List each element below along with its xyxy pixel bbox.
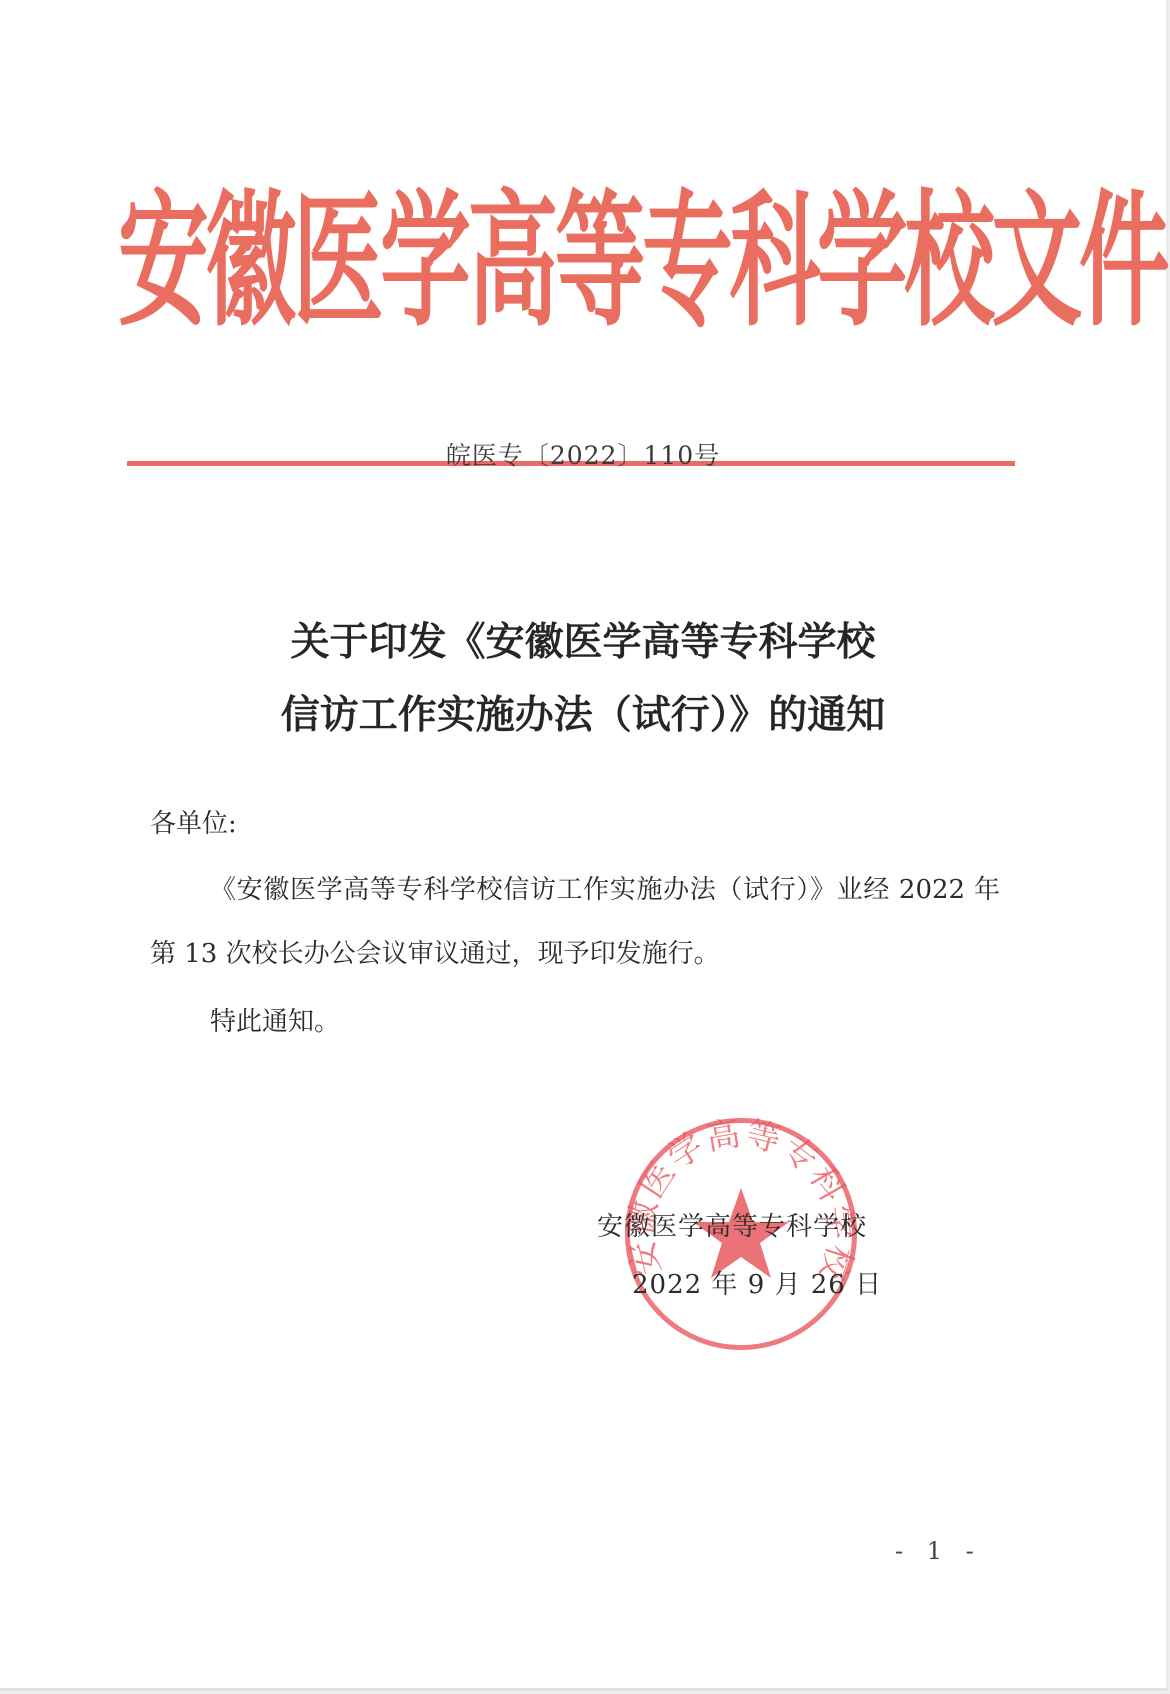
title-line-1: 关于印发《安徽医学高等专科学校 <box>0 606 1166 679</box>
masthead-title: 安徽医学高等专科学校文件 <box>118 148 1018 378</box>
closing-line: 特此通知。 <box>150 990 1000 1054</box>
document-page: 安徽医学高等专科学校文件 皖医专〔2022〕110号 关于印发《安徽医学高等专科… <box>0 0 1168 1691</box>
title-line-2: 信访工作实施办法（试行）》的通知 <box>0 679 1166 752</box>
page-number: - 1 - <box>895 1537 982 1565</box>
signature-block: 安徽医学高等专科学校 2022 年 9 月 26 日 <box>597 1198 882 1314</box>
signature-date: 2022 年 9 月 26 日 <box>597 1256 882 1314</box>
signature-org: 安徽医学高等专科学校 <box>597 1198 882 1256</box>
document-number: 皖医专〔2022〕110号 <box>0 436 1166 472</box>
masthead-text: 安徽医学高等专科学校文件 <box>118 148 1166 378</box>
notice-title: 关于印发《安徽医学高等专科学校 信访工作实施办法（试行）》的通知 <box>0 606 1166 752</box>
body-paragraph: 《安徽医学高等专科学校信访工作实施办法（试行）》业经 2022 年第 13 次校… <box>150 858 1000 986</box>
salutation: 各单位: <box>150 792 1000 856</box>
